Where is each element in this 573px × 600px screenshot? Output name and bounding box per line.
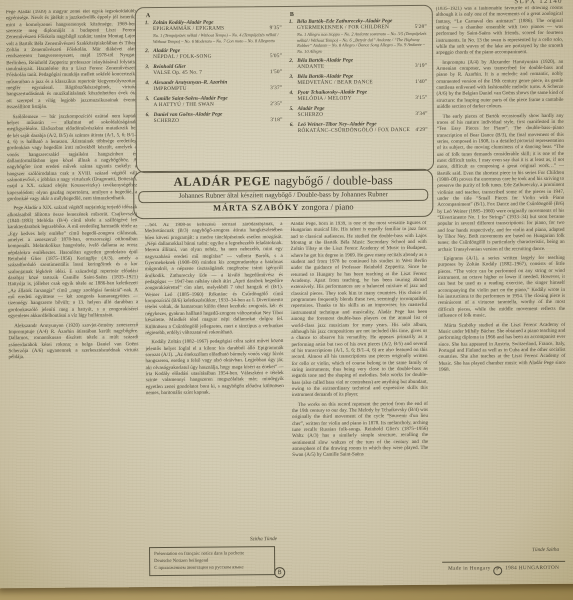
track-title: MELÓDIA / MELODY (297, 95, 351, 102)
track-duration: 4'29” (415, 127, 427, 133)
track-b5: 5.Aladár Pege SCHERZO3'34” (290, 105, 428, 119)
paragraph: The works on this record represent the p… (292, 402, 428, 460)
track-number: 1. (289, 19, 297, 25)
paragraph: Epigrams (A/1), a series written largely… (438, 256, 565, 320)
track-a1: 1.Zoltán Kodály–Aladár Pege EPIGRAMMÁK /… (145, 19, 282, 44)
liner-notes-english-col1: Aladár Pege, born in 1939, is one of the… (290, 221, 429, 584)
pressing-mark: B (274, 567, 285, 578)
paragraph: (1835–1921) was a fashionable favourite … (436, 6, 563, 58)
paragraph: Kodály Zoltán (1882–1967) pedagógiai cél… (145, 339, 283, 397)
track-duration: 9'35” (270, 25, 282, 31)
track-title: ANDANTE (297, 64, 324, 71)
tracklist-side-a: A 1.Zoltán Kodály–Aladár Pege EPIGRAMMÁK… (145, 12, 283, 128)
language-note-russian: С приложением аннотации на русском языке (154, 564, 270, 572)
manufacture-credit: Made in Hungary P 1984 HUNGAROTON (440, 564, 567, 576)
liner-notes-english-col2: (1835–1921) was a fashionable favourite … (436, 6, 567, 577)
liner-notes-hungarian-col1: Pege Aladár (1939) a magyar zenei élet e… (6, 9, 141, 584)
paragraph: …ból. Az 1908-as keltezésű sorozat záród… (144, 222, 283, 337)
track-a4: 4.Alexandr Arutyunyan–R. Azarhin IMPROMP… (145, 79, 282, 92)
track-number: 4. (145, 80, 153, 86)
paragraph: Aladár Pege, born in 1939, is one of the… (290, 221, 427, 400)
track-number: 2. (145, 48, 153, 54)
paragraph: The early pieces of Bartók occasionally … (437, 113, 565, 254)
paragraph: Alekszandr Arutyunyan (1920) szovjet-örm… (8, 323, 138, 362)
side-b-label: B (290, 11, 427, 18)
pianist-name: MÁRTA SZABÓKY (213, 203, 299, 213)
track-duration: 5'05” (270, 53, 282, 59)
track-title: RÓKATÁNC–CSŰRDÖNGÖLŐ / FOX DANCE (298, 127, 410, 134)
side-a-label: A (146, 12, 282, 19)
made-in-label: Made in Hungary (448, 565, 491, 571)
circled-p-symbol: P (493, 566, 502, 575)
track-title: GYERMEKEKNEK / FOR CHILDREN (297, 24, 389, 31)
track-b3: 3.Béla Bartók–Aladár Pege MEDVETÁNC / BE… (289, 73, 427, 87)
artist-name: ALADÁR PEGE (174, 174, 271, 189)
track-duration: 2'35” (270, 101, 282, 107)
track-a5: 5.Camille Saint-Saëns–Aladár Pege A HATT… (145, 95, 282, 108)
tracklist-side-b: B 1.Béla Bartók–Ede Zathureczky–Aladár P… (289, 11, 428, 138)
track-duration: 3'37” (270, 85, 282, 91)
pianist-instrument: zongora / piano (301, 203, 353, 212)
english-col2-text: (1835–1921) was a fashionable favourite … (436, 6, 567, 546)
tracklist-box: A 1.Zoltán Kodály–Aladár Pege EPIGRAMMÁK… (135, 5, 434, 173)
track-title: SCHERZO (298, 111, 324, 118)
footer-divider (442, 560, 565, 562)
track-title: EPIGRAMMÁK / EPIGRAMS (153, 26, 224, 33)
author-signature-english: Tünde Szitha (440, 547, 559, 555)
track-duration: 1'40” (415, 79, 427, 85)
track-title: NÉPDAL / FOLK-SONG (153, 54, 211, 61)
track-title: VALSE Op. 45 No. 7 (153, 70, 202, 77)
track-b2: 2.Béla Bartók–Aladár Pege ANDANTE3'19” (289, 57, 427, 71)
track-number: 4. (289, 90, 297, 96)
pianist-line: MÁRTA SZABÓKY zongora / piano (134, 202, 432, 213)
track-number: 3. (145, 64, 153, 70)
hungarian-col2-text: …ból. Az 1908-as keltezésű sorozat záród… (144, 222, 284, 535)
track-title: MEDVETÁNC / BEAR DANCE (297, 79, 373, 86)
paragraph: Pege Aladár a XIX. század végétől napjai… (7, 205, 138, 320)
track-duration: 3'15” (415, 95, 427, 101)
paragraph: Márta Szabóky studied at the Liszt Feren… (438, 322, 565, 374)
track-title: IMPROMPTU (153, 86, 186, 93)
track-b1: 1.Béla Bartók–Ede Zathureczky–Aladár Peg… (289, 18, 427, 55)
paragraph: Pege Aladár (1939) a magyar zenei élet e… (6, 9, 137, 112)
liner-notes-hungarian-col2: …ból. Az 1908-as keltezésű sorozat záród… (144, 222, 285, 576)
record-sleeve-back: SLPX 12140 Pege Aladár (1939) a magyar z… (0, 0, 573, 588)
track-duration: 3'34” (415, 111, 427, 117)
label-year: 1984 HUNGAROTON (505, 564, 559, 570)
track-number: 5. (145, 96, 153, 102)
track-movements: No. 1 (Tempójelzés nélkül / Without Temp… (145, 32, 282, 44)
track-duration: 3'19” (415, 63, 427, 69)
track-number: 5. (290, 106, 298, 112)
track-duration: 3'18” (270, 117, 282, 123)
track-a2: 2.Aladár Pege NÉPDAL / FOLK-SONG5'05” (145, 47, 282, 60)
language-note-box: Présentation en français: notice dans la… (149, 546, 275, 576)
luthier-credit: Johannes Rubner által készített nagybőgő… (138, 189, 428, 204)
album-title-box: ALADÁR PEGE nagybőgő / double-bass Johan… (133, 169, 433, 219)
track-number: 2. (289, 58, 297, 64)
author-signature-hungarian: Szitha Tünde (147, 536, 277, 544)
track-number: 6. (146, 112, 154, 118)
track-duration: 1'50” (270, 69, 282, 75)
catalog-number: SLPX 12140 (514, 0, 562, 5)
track-movements: No. 1 Allegro non troppo – No. 2 Andante… (289, 31, 427, 54)
track-title: A HATTYÚ / THE SWAN (154, 101, 215, 108)
paragraph: Impromptu (A/4) by Alexander Harutyunian… (436, 60, 563, 112)
track-number: 3. (289, 74, 297, 80)
paragraph: Szólólemeze — bár jazzkompozíciói ezútta… (7, 114, 138, 204)
track-number: 6. (290, 122, 298, 128)
track-a3: 3.Reinhold Glier VALSE Op. 45 No. 71'50” (145, 63, 282, 76)
track-a6: 6.Daniel van Goëns–Aladár Pege SCHERZO3'… (146, 111, 283, 124)
track-b6: 6.Leó Weiner–Tibor Ney–Aladár Pege RÓKAT… (290, 120, 428, 134)
track-b4: 4.Pyotr Tchaikovsky–Aladár Pege MELÓDIA … (289, 89, 427, 103)
track-number: 1. (145, 20, 153, 26)
artist-instrument: nagybőgő / double-bass (274, 173, 393, 188)
track-duration: 5'28” (415, 24, 427, 30)
track-title: SCHERZO (154, 118, 180, 125)
artist-title-line: ALADÁR PEGE nagybőgő / double-bass (134, 174, 432, 189)
